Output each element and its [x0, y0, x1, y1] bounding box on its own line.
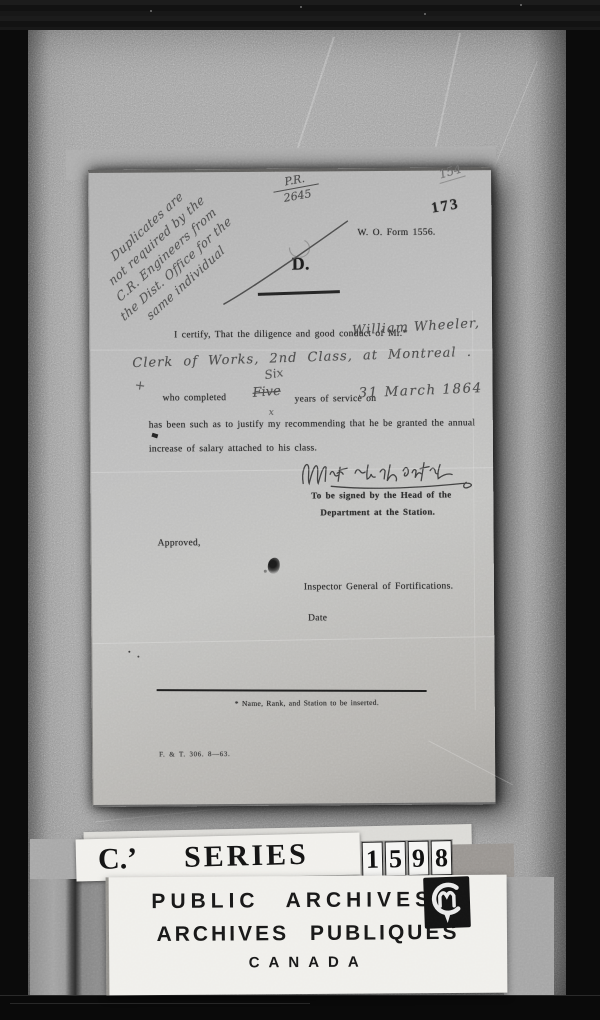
- margin-cross-mark: +: [134, 378, 147, 394]
- microfilm-frame: Duplicates are not required by the C.R. …: [0, 0, 600, 1020]
- completed-label: who completed: [163, 393, 227, 403]
- right-film-margin: [504, 877, 554, 995]
- digit-tile: 9: [408, 841, 430, 876]
- series-word: SERIES: [183, 834, 309, 879]
- footnote-rule: [157, 689, 427, 692]
- years-struck-out: Five: [252, 384, 281, 401]
- correction-x-mark: x: [269, 408, 274, 418]
- body-line-2: increase of salary attached to his class…: [149, 443, 317, 454]
- sign-instruction-1: To be signed by the Head of the: [311, 489, 451, 500]
- ink-mark: [151, 433, 158, 439]
- digit-tile: 5: [385, 841, 407, 876]
- digit-tile: 1: [362, 842, 384, 877]
- series-strip: C.’ SERIES: [76, 833, 361, 882]
- document-paper: Duplicates are not required by the C.R. …: [88, 167, 495, 807]
- body-line-1: has been such as to justify my recommend…: [149, 418, 476, 430]
- dust-speck: [300, 6, 302, 8]
- date-label: Date: [308, 613, 327, 623]
- form-number: W. O. Form 1556.: [357, 228, 435, 239]
- film-streak: [10, 1003, 310, 1004]
- tape-piece: [30, 839, 77, 881]
- paper-crease: [472, 310, 476, 710]
- paper-crease: [90, 350, 492, 351]
- inspector-label: Inspector General of Fortifications.: [304, 581, 453, 592]
- paper-crease: [92, 636, 494, 644]
- dust-speck: [424, 13, 426, 15]
- volume-number-tiles: 1 5 9 8: [362, 840, 453, 877]
- sign-instruction-2: Department at the Station.: [320, 507, 435, 518]
- dust-speck: [520, 4, 522, 6]
- printer-code: F. & T. 306. 8—63.: [159, 750, 230, 758]
- pen-flourish: [217, 217, 358, 310]
- years-correction: Six: [263, 365, 284, 382]
- ink-blot: [268, 558, 280, 574]
- ink-specks: [128, 651, 130, 653]
- org-country: CANADA: [109, 953, 507, 973]
- registry-fraction: P.R. 2645: [271, 170, 321, 207]
- dust-speck: [150, 10, 152, 12]
- footnote: * Name, Rank, and Station to be inserted…: [235, 698, 379, 708]
- series-prefix: C.’: [98, 838, 138, 881]
- film-top-band: [0, 0, 600, 30]
- folio-stamp: 173: [430, 196, 461, 217]
- archives-monogram-icon: [423, 876, 471, 929]
- signature-scrawl: [299, 456, 483, 493]
- service-date-handwritten: 31 March 1864: [358, 380, 483, 401]
- film-bottom-band: [0, 995, 600, 1020]
- left-film-margin: [30, 879, 108, 995]
- approved-label: Approved,: [158, 538, 201, 548]
- digit-tile: 8: [431, 840, 453, 875]
- name-handwritten: William Wheeler,: [352, 316, 481, 339]
